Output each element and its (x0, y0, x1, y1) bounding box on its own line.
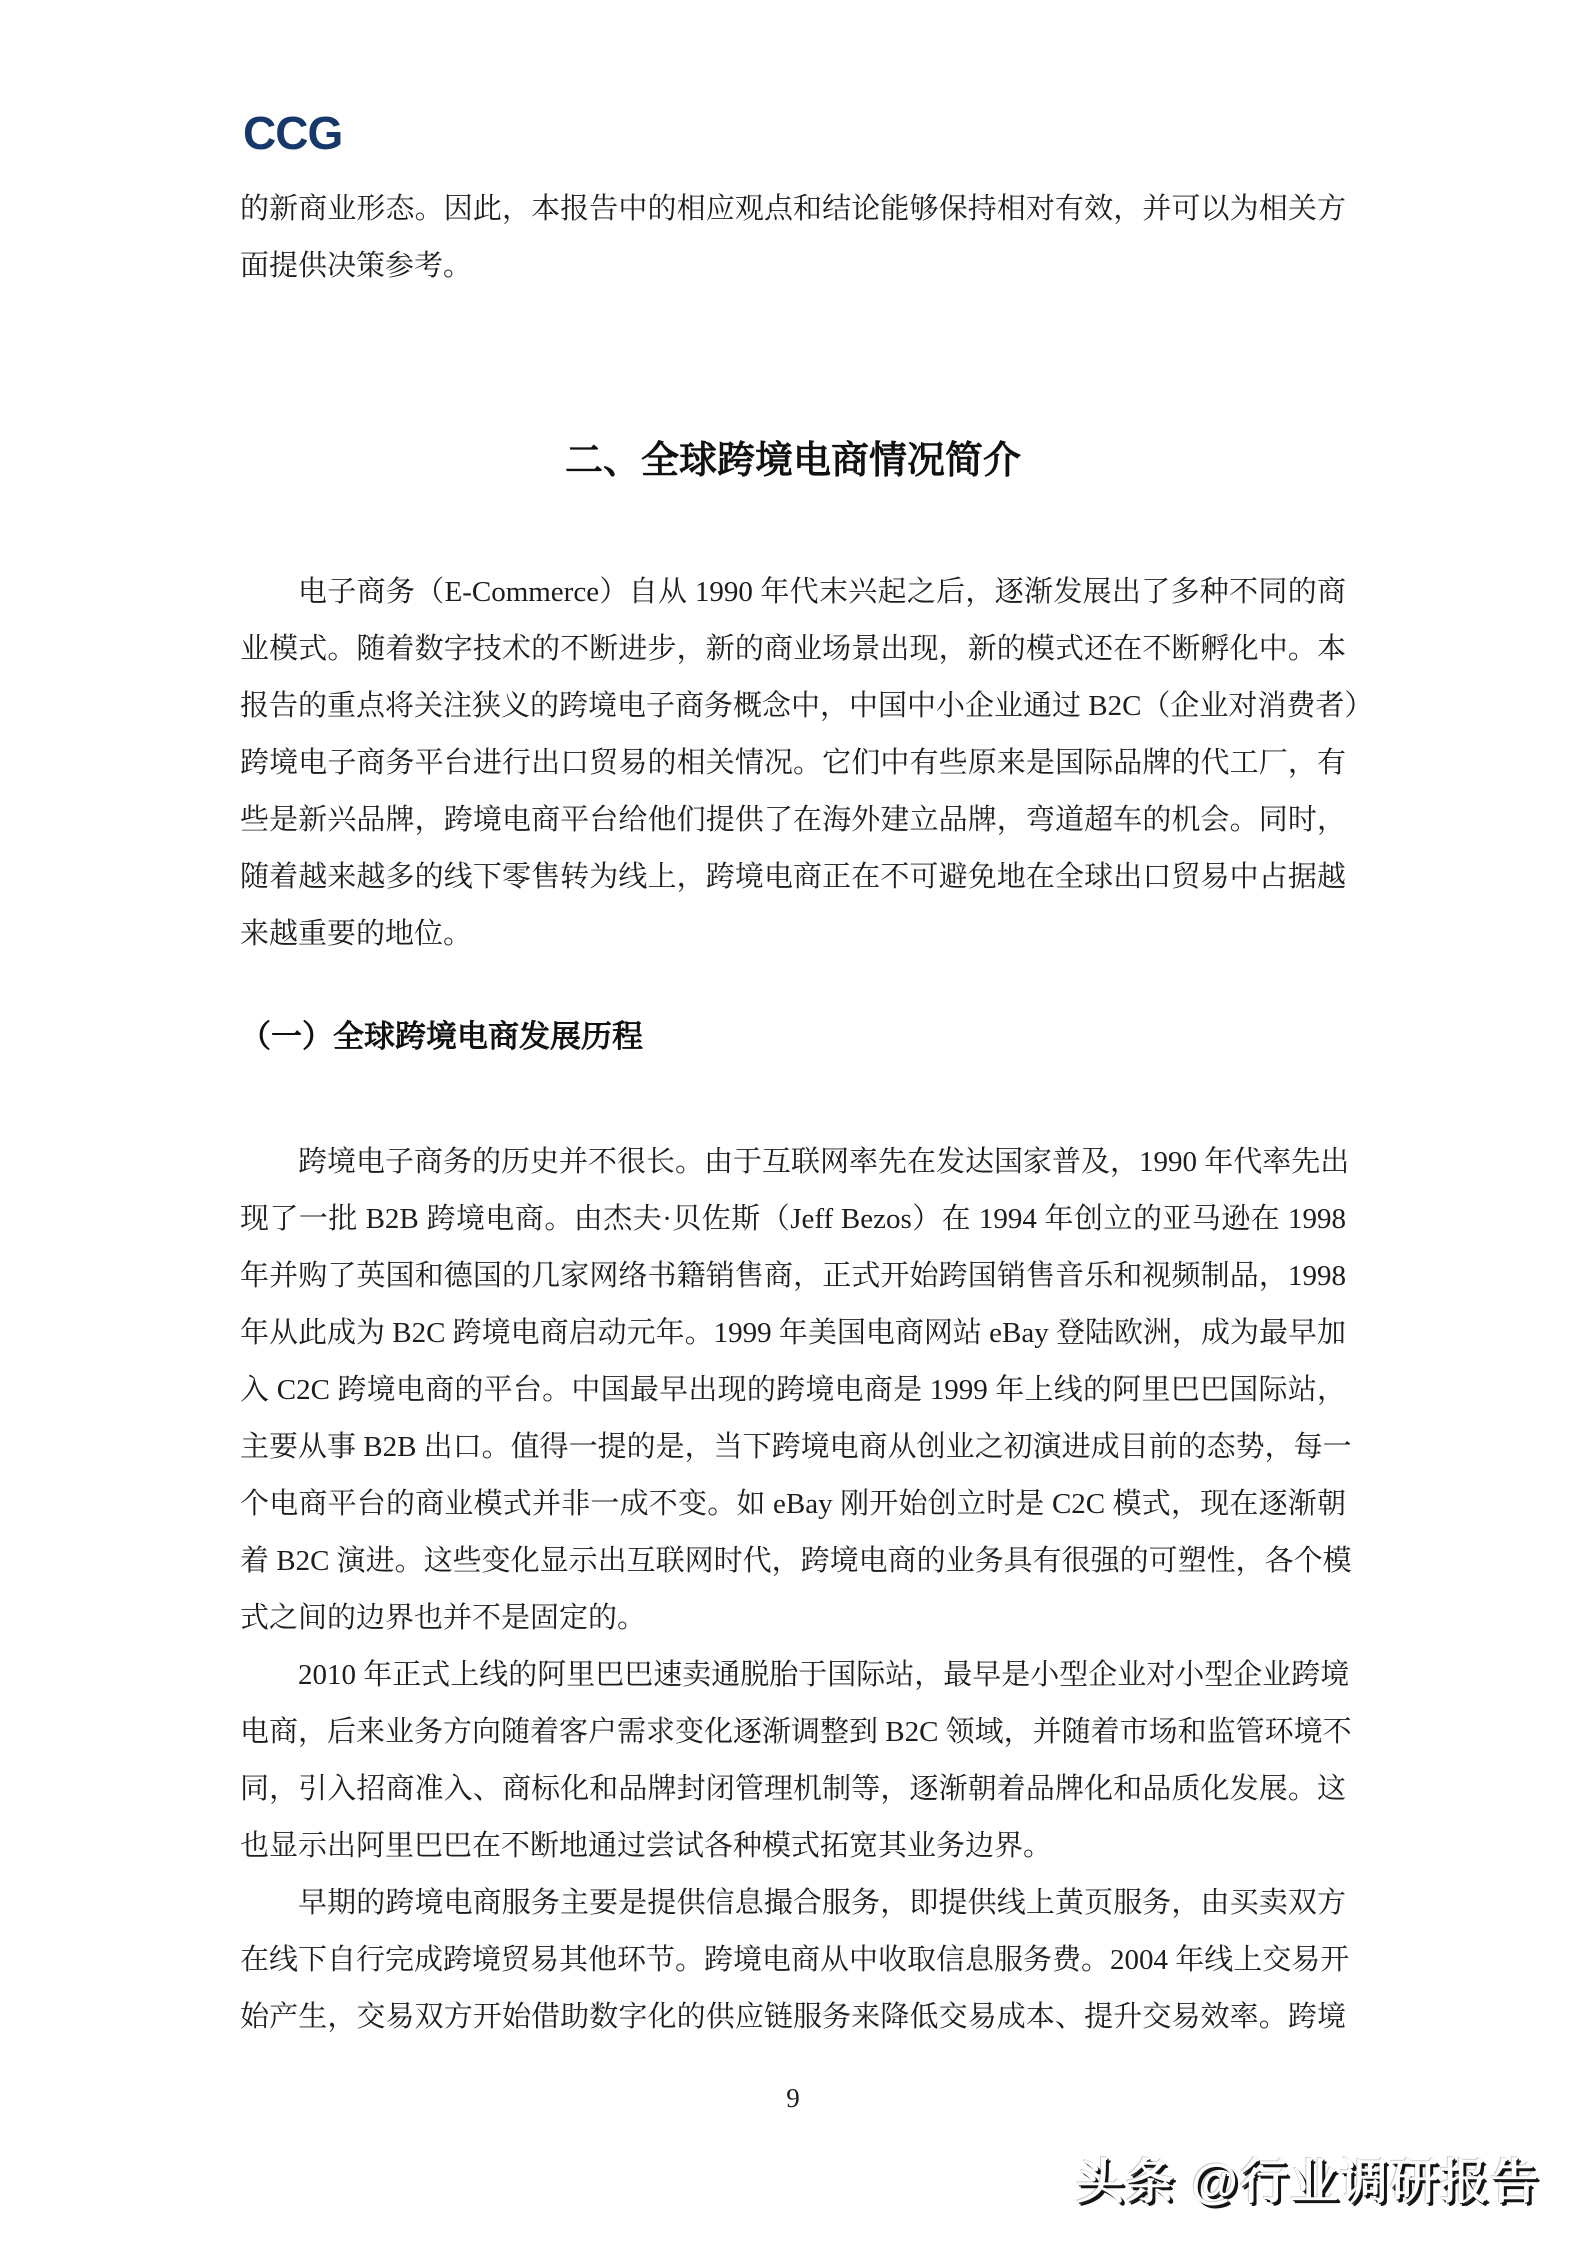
paragraph-carryover: 的新商业形态。因此，本报告中的相应观点和结论能够保持相对有效，并可以为相关方面提… (240, 181, 1346, 295)
paragraph-history: 跨境电子商务的历史并不很长。由于互联网率先在发达国家普及，1990 年代率先出现… (240, 1134, 1346, 1647)
paragraph-aliexpress: 2010 年正式上线的阿里巴巴速卖通脱胎于国际站，最早是小型企业对小型企业跨境电… (240, 1647, 1346, 1875)
text-line: 在线下自行完成跨境贸易其他环节。跨境电商从中收取信息服务费。2004 年线上交易… (240, 1932, 1346, 1989)
text-line: 年并购了英国和德国的几家网络书籍销售商，正式开始跨国销售音乐和视频制品，1998 (240, 1248, 1346, 1305)
paragraph-intro: 电子商务（E-Commerce）自从 1990 年代末兴起之后，逐渐发展出了多种… (240, 564, 1346, 963)
text-line: 电子商务（E-Commerce）自从 1990 年代末兴起之后，逐渐发展出了多种… (240, 564, 1346, 621)
text-line: 始产生，交易双方开始借助数字化的供应链服务来降低交易成本、提升交易效率。跨境 (240, 1989, 1346, 2046)
text-line: 同，引入招商准入、商标化和品牌封闭管理机制等，逐渐朝着品牌化和品质化发展。这 (240, 1761, 1346, 1818)
text-line: 随着越来越多的线下零售转为线上，跨境电商正在不可避免地在全球出口贸易中占据越 (240, 849, 1346, 906)
text-line: 个电商平台的商业模式并非一成不变。如 eBay 刚开始创立时是 C2C 模式，现… (240, 1476, 1346, 1533)
text-line: 早期的跨境电商服务主要是提供信息撮合服务，即提供线上黄页服务，由买卖双方 (240, 1875, 1346, 1932)
text-line: 现了一批 B2B 跨境电商。由杰夫·贝佐斯（Jeff Bezos）在 1994 … (240, 1191, 1346, 1248)
paragraph-services: 早期的跨境电商服务主要是提供信息撮合服务，即提供线上黄页服务，由买卖双方在线下自… (240, 1875, 1346, 2046)
text-line: 面提供决策参考。 (240, 238, 1346, 295)
text-line: 2010 年正式上线的阿里巴巴速卖通脱胎于国际站，最早是小型企业对小型企业跨境 (240, 1647, 1346, 1704)
text-line: 入 C2C 跨境电商的平台。中国最早出现的跨境电商是 1999 年上线的阿里巴巴… (240, 1362, 1346, 1419)
text-line: 跨境电子商务的历史并不很长。由于互联网率先在发达国家普及，1990 年代率先出 (240, 1134, 1346, 1191)
text-line: 式之间的边界也并不是固定的。 (240, 1590, 1346, 1647)
toutiao-watermark: 头条 @行业调研报告 (1076, 2154, 1540, 2212)
text-line: 也显示出阿里巴巴在不断地通过尝试各种模式拓宽其业务边界。 (240, 1818, 1346, 1875)
text-line: 年从此成为 B2C 跨境电商启动元年。1999 年美国电商网站 eBay 登陆欧… (240, 1305, 1346, 1362)
subsection-heading: （一）全球跨境电商发展历程 (240, 1008, 1346, 1065)
page-number: 9 (240, 2082, 1346, 2114)
text-line: 业模式。随着数字技术的不断进步，新的商业场景出现，新的模式还在不断孵化中。本 (240, 621, 1346, 678)
chapter-heading: 二、全球跨境电商情况简介 (240, 430, 1346, 492)
text-line: 跨境电子商务平台进行出口贸易的相关情况。它们中有些原来是国际品牌的代工厂，有 (240, 735, 1346, 792)
text-line: 电商，后来业务方向随着客户需求变化逐渐调整到 B2C 领域，并随着市场和监管环境… (240, 1704, 1346, 1761)
text-line: 主要从事 B2B 出口。值得一提的是，当下跨境电商从创业之初演进成目前的态势，每… (240, 1419, 1346, 1476)
text-line: 着 B2C 演进。这些变化显示出互联网时代，跨境电商的业务具有很强的可塑性，各个… (240, 1533, 1346, 1590)
text-line: 些是新兴品牌，跨境电商平台给他们提供了在海外建立品牌，弯道超车的机会。同时， (240, 792, 1346, 849)
text-line: 报告的重点将关注狭义的跨境电子商务概念中，中国中小企业通过 B2C（企业对消费者… (240, 678, 1346, 735)
document-page: CCG 的新商业形态。因此，本报告中的相应观点和结论能够保持相对有效，并可以为相… (0, 0, 1586, 2245)
text-line: 的新商业形态。因此，本报告中的相应观点和结论能够保持相对有效，并可以为相关方 (240, 181, 1346, 238)
text-line: 来越重要的地位。 (240, 906, 1346, 963)
ccg-logo: CCG (243, 110, 342, 156)
